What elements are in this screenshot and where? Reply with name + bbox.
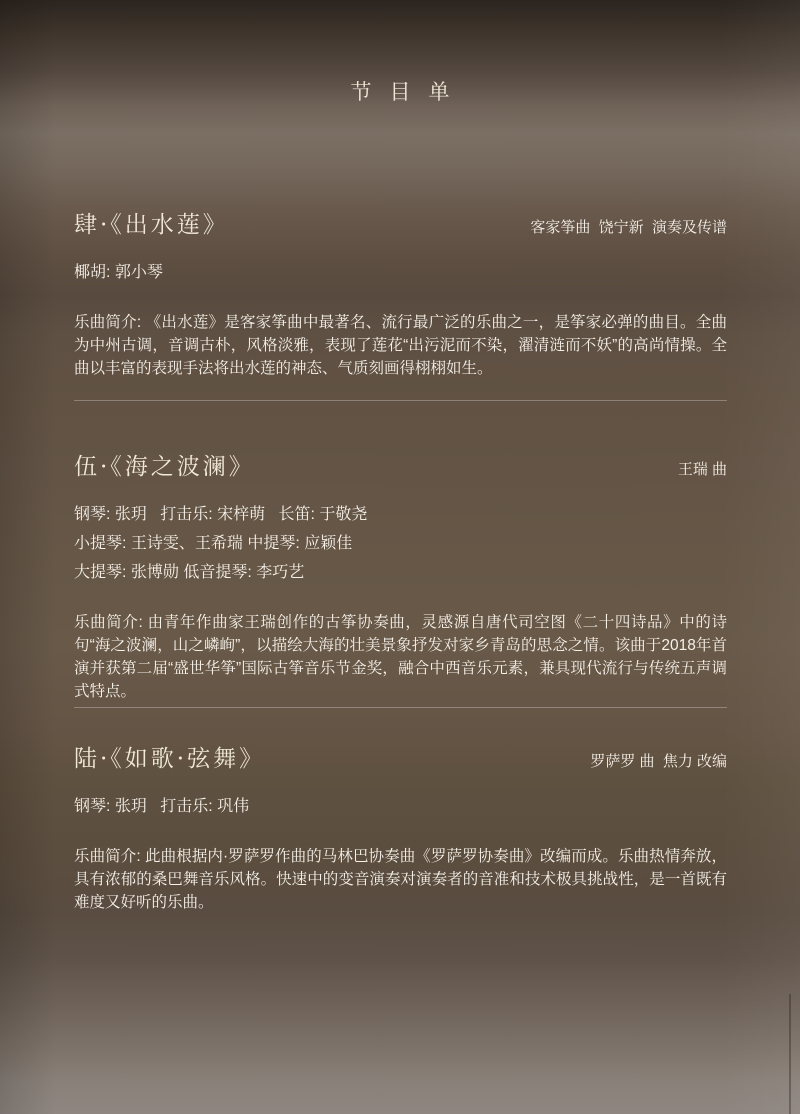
piece-credit: 王瑞 曲 (678, 458, 727, 479)
program-item-6: 陆·《如歌·弦舞》 罗萨罗 曲 焦力 改编 钢琴: 张玥 打击乐: 巩伟 乐曲简… (74, 742, 727, 914)
piece-header: 伍·《海之波澜》 王瑞 曲 (74, 450, 727, 484)
photo-edge-artifact (789, 994, 791, 1114)
program-item-4: 肆·《出水莲》 客家筝曲 饶宁新 演奏及传谱 椰胡: 郭小琴 乐曲简介: 《出水… (74, 208, 727, 380)
piece-title: 肆·《出水莲》 (74, 208, 229, 242)
piece-title: 陆·《如歌·弦舞》 (74, 742, 265, 776)
piece-intro: 乐曲简介: 此曲根据内·罗萨罗作曲的马林巴协奏曲《罗萨罗协奏曲》改编而成。乐曲热… (74, 845, 727, 914)
performers-list: 椰胡: 郭小琴 (74, 258, 727, 287)
performer-line: 钢琴: 张玥 打击乐: 宋梓萌 长笛: 于敬尧 (74, 500, 727, 529)
performers-list: 钢琴: 张玥 打击乐: 宋梓萌 长笛: 于敬尧 小提琴: 王诗雯、王希瑞 中提琴… (74, 500, 727, 587)
section-divider (74, 707, 727, 708)
program-page: 节目单 肆·《出水莲》 客家筝曲 饶宁新 演奏及传谱 椰胡: 郭小琴 乐曲简介:… (0, 0, 800, 1114)
page-title: 节目单 (0, 76, 800, 106)
program-item-5: 伍·《海之波澜》 王瑞 曲 钢琴: 张玥 打击乐: 宋梓萌 长笛: 于敬尧 小提… (74, 450, 727, 703)
performer-line: 小提琴: 王诗雯、王希瑞 中提琴: 应颖佳 (74, 529, 727, 558)
piece-title: 伍·《海之波澜》 (74, 450, 255, 484)
performer-line: 大提琴: 张博勋 低音提琴: 李巧艺 (74, 558, 727, 587)
piece-header: 肆·《出水莲》 客家筝曲 饶宁新 演奏及传谱 (74, 208, 727, 242)
piece-intro: 乐曲简介: 《出水莲》是客家筝曲中最著名、流行最广泛的乐曲之一，是筝家必弹的曲目… (74, 311, 727, 380)
piece-credit: 罗萨罗 曲 焦力 改编 (590, 750, 727, 771)
piece-header: 陆·《如歌·弦舞》 罗萨罗 曲 焦力 改编 (74, 742, 727, 776)
performers-list: 钢琴: 张玥 打击乐: 巩伟 (74, 792, 727, 821)
piece-intro: 乐曲简介: 由青年作曲家王瑞创作的古筝协奏曲，灵感源自唐代司空图《二十四诗品》中… (74, 611, 727, 703)
piece-credit: 客家筝曲 饶宁新 演奏及传谱 (530, 216, 727, 237)
performer-line: 钢琴: 张玥 打击乐: 巩伟 (74, 792, 727, 821)
section-divider (74, 400, 727, 401)
performer-line: 椰胡: 郭小琴 (74, 258, 727, 287)
